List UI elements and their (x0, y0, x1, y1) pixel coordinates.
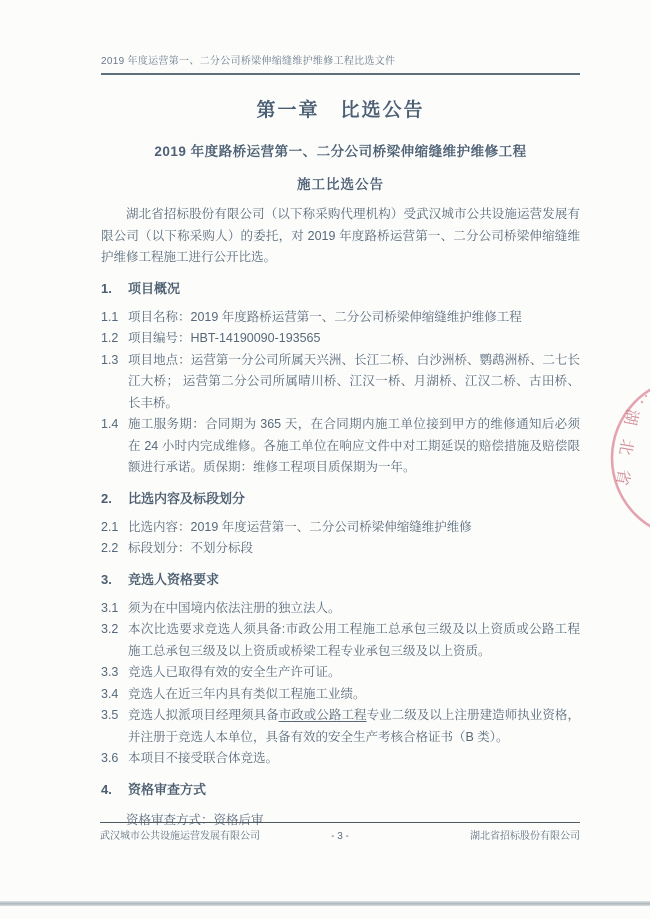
item-number: 1.4 (101, 414, 128, 479)
item-number: 3.5 (101, 705, 128, 748)
page-number: - 3 - (331, 831, 349, 842)
running-header: 2019 年度运营第一、二分公司桥梁伸缩缝维护维修工程比选文件 (101, 52, 580, 75)
section-heading-2: 2. 比选内容及标段划分 (101, 490, 580, 508)
item-number: 3.1 (101, 598, 128, 620)
item-number: 3.3 (101, 662, 128, 684)
section-heading-4: 4. 资格审查方式 (101, 781, 580, 799)
item-text: 竞选人在近三年内具有类似工程施工业绩。 (128, 684, 580, 706)
project-title-line2: 施工比选公告 (101, 173, 580, 193)
section-title: 竞选人资格要求 (128, 571, 219, 589)
list-item: 3.2 本次比选要求竞选人须具备:市政公用工程施工总承包三级及以上资质或公路工程… (101, 619, 580, 662)
section-number: 3. (101, 571, 128, 589)
section-2-items: 2.1 比选内容：2019 年度运营第一、二分公司桥梁伸缩缝维护维修 2.2 标… (101, 517, 580, 560)
item-text: 项目编号：HBT-14190090-193565 (128, 328, 580, 350)
section-heading-3: 3. 竞选人资格要求 (101, 571, 580, 589)
page-footer: 武汉城市公共设施运营发展有限公司 - 3 - 湖北省招标股份有限公司 (100, 822, 580, 842)
item-text: 项目地点：运营第一分公司所属天兴洲、长江二桥、白沙洲桥、鹦鹉洲桥、二七长江大桥；… (128, 350, 580, 415)
item-number: 3.2 (101, 619, 128, 662)
stamp-char: 省 (613, 468, 634, 487)
item-number: 2.2 (101, 538, 128, 560)
scan-bottom-edge (0, 901, 650, 906)
item-number: 3.6 (101, 748, 128, 770)
list-item: 3.4 竞选人在近三年内具有类似工程施工业绩。 (101, 684, 580, 706)
list-item: 1.1 项目名称：2019 年度路桥运营第一、二分公司桥梁伸缩缝维护维修工程 (101, 307, 580, 329)
section-number: 1. (101, 280, 128, 298)
list-item: 3.1 须为在中国境内依法注册的独立法人。 (101, 598, 580, 620)
list-item: 3.3 竞选人已取得有效的安全生产许可证。 (101, 662, 580, 684)
section-title: 比选内容及标段划分 (128, 490, 245, 508)
item-text: 竞选人已取得有效的安全生产许可证。 (128, 662, 580, 684)
item-number: 1.3 (101, 350, 128, 415)
section-title: 项目概况 (128, 280, 180, 298)
item-text-pre: 竞选人拟派项目经理须具备 (128, 708, 279, 722)
red-seal-stamp: 湖 北 省 (592, 372, 650, 537)
intro-paragraph: 湖北省招标股份有限公司（以下称采购代理机构）受武汉城市公共设施运营发展有限公司（… (101, 204, 580, 269)
list-item: 1.3 项目地点：运营第一分公司所属天兴洲、长江二桥、白沙洲桥、鹦鹉洲桥、二七长… (101, 350, 580, 415)
section-1-items: 1.1 项目名称：2019 年度路桥运营第一、二分公司桥梁伸缩缝维护维修工程 1… (101, 307, 580, 479)
item-number: 3.4 (101, 684, 128, 706)
item-text: 竞选人拟派项目经理须具备市政或公路工程专业二级及以上注册建造师执业资格，并注册于… (128, 705, 580, 748)
item-text: 比选内容：2019 年度运营第一、二分公司桥梁伸缩缝维护维修 (128, 517, 580, 539)
section-number: 2. (101, 490, 128, 508)
list-item: 3.6 本项目不接受联合体竞选。 (101, 748, 580, 770)
item-text: 施工服务期：合同期为 365 天，在合同期内施工单位接到甲方的维修通知后必须在 … (128, 414, 580, 479)
item-number: 2.1 (101, 517, 128, 539)
item-text: 本次比选要求竞选人须具备:市政公用工程施工总承包三级及以上资质或公路工程施工总承… (128, 619, 580, 662)
list-item: 1.2 项目编号：HBT-14190090-193565 (101, 328, 580, 350)
stamp-char: 湖 (621, 408, 642, 427)
section-heading-1: 1. 项目概况 (101, 280, 580, 298)
item-number: 1.1 (101, 307, 128, 329)
item-text: 须为在中国境内依法注册的独立法人。 (128, 598, 580, 620)
underlined-phrase: 市政或公路工程 (279, 708, 367, 722)
section-number: 4. (101, 781, 128, 799)
footer-right-company: 湖北省招标股份有限公司 (349, 827, 580, 842)
list-item: 2.2 标段划分：不划分标段 (101, 538, 580, 560)
section-title: 资格审查方式 (128, 781, 206, 799)
list-item: 2.1 比选内容：2019 年度运营第一、二分公司桥梁伸缩缝维护维修 (101, 517, 580, 539)
document-body: 2019 年度运营第一、二分公司桥梁伸缩缝维护维修工程比选文件 第一章 比选公告… (101, 52, 580, 831)
item-text: 本项目不接受联合体竞选。 (128, 748, 580, 770)
item-text: 项目名称：2019 年度路桥运营第一、二分公司桥梁伸缩缝维护维修工程 (128, 307, 580, 329)
section-3-items: 3.1 须为在中国境内依法注册的独立法人。 3.2 本次比选要求竞选人须具备:市… (101, 598, 580, 770)
chapter-title: 第一章 比选公告 (101, 95, 580, 122)
item-text: 标段划分：不划分标段 (128, 538, 580, 560)
item-number: 1.2 (101, 328, 128, 350)
footer-left-company: 武汉城市公共设施运营发展有限公司 (100, 827, 331, 842)
scanned-document-page: 2019 年度运营第一、二分公司桥梁伸缩缝维护维修工程比选文件 第一章 比选公告… (0, 0, 650, 919)
list-item: 1.4 施工服务期：合同期为 365 天，在合同期内施工单位接到甲方的维修通知后… (101, 414, 580, 479)
stamp-char: 北 (616, 438, 637, 457)
list-item: 3.5 竞选人拟派项目经理须具备市政或公路工程专业二级及以上注册建造师执业资格，… (101, 705, 580, 748)
project-title-line1: 2019 年度路桥运营第一、二分公司桥梁伸缩缝维护维修工程 (101, 140, 580, 160)
